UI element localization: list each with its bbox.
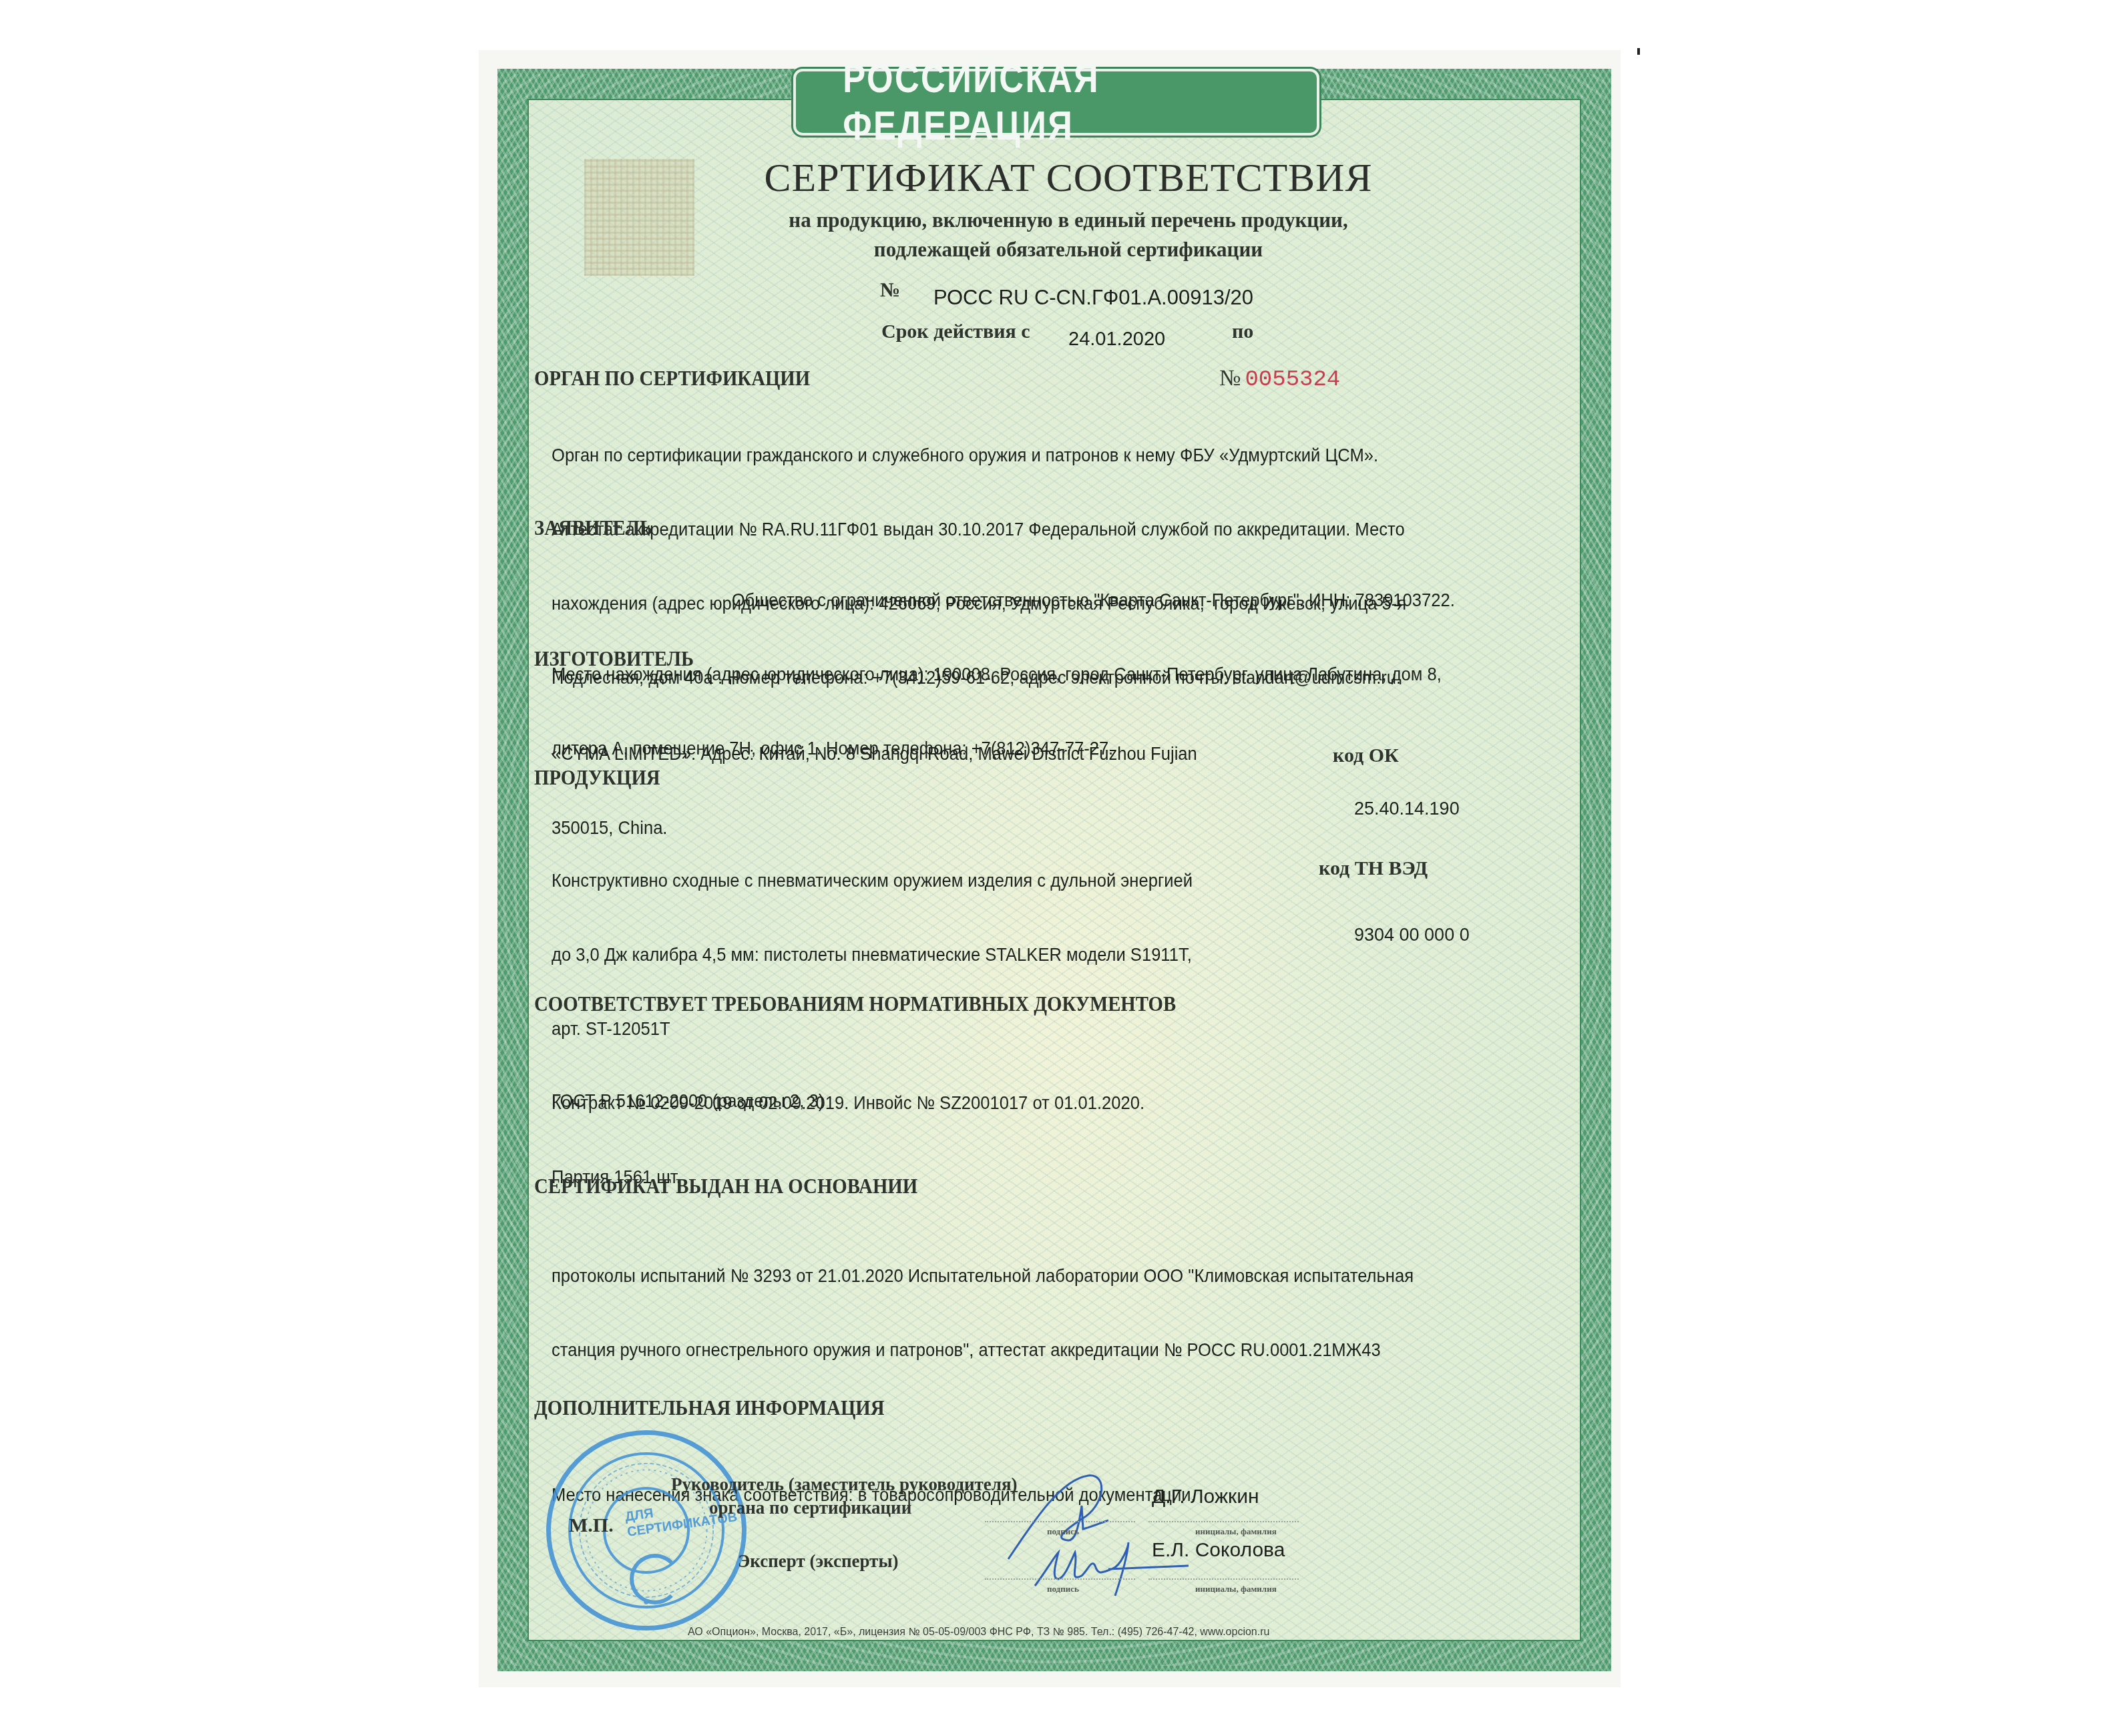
expert-name-line [1148,1578,1299,1580]
text-line: станция ручного огнестрельного оружия и … [552,1337,1414,1362]
section-heading-conformity: СООТВЕТСТВУЕТ ТРЕБОВАНИЯМ НОРМАТИВНЫХ ДО… [534,992,1176,1016]
section-heading-certification-body: ОРГАН ПО СЕРТИФИКАЦИИ [534,366,810,391]
certificate-subtitle-line2: подлежащей обязательной сертификации [734,238,1402,262]
text-line: протоколы испытаний № 3293 от 21.01.2020… [552,1263,1414,1288]
expert-signature-line [985,1578,1135,1580]
expert-role: Эксперт (эксперты) [738,1551,898,1572]
text-line: арт. ST-12051T [552,1016,1193,1041]
number-label: № [880,279,900,302]
text-line: Общество с ограниченной ответственностью… [552,588,1455,612]
expert-name: Е.Л. Соколова [1152,1539,1285,1562]
basis-text: протоколы испытаний № 3293 от 21.01.2020… [552,1214,1414,1387]
certificate-subtitle-line1: на продукцию, включенную в единый перече… [734,208,1402,232]
section-heading-additional: ДОПОЛНИТЕЛЬНАЯ ИНФОРМАЦИЯ [534,1395,885,1420]
ok-code-value: 25.40.14.190 [1354,799,1460,819]
blank-serial: №0055324 [1219,366,1340,393]
scan-artifact [1637,48,1640,55]
head-signature-line [985,1521,1135,1522]
text-line: Орган по сертификации гражданского и слу… [552,443,1406,467]
conformity-text: ГОСТ Р 51612-2000 (разделы 2, 3) [552,1039,824,1138]
seal-emblem-icon [630,1554,680,1604]
text-line: ГОСТ Р 51612-2000 (разделы 2, 3) [552,1088,824,1113]
text-line: «CYMA LIMITED». Адрес: Китай, No. 8 Shan… [552,741,1197,766]
product-text: Конструктивно сходные с пневматическим о… [552,819,1193,1214]
text-line: Конструктивно сходные с пневматическим о… [552,868,1193,893]
head-role-line1: Руководитель (заместитель руководителя) [671,1474,1018,1495]
certificate-number: РОСС RU С-CN.ГФ01.А.00913/20 [933,286,1253,310]
head-role-line2: органа по сертификации [709,1498,911,1518]
section-heading-basis: СЕРТИФИКАТ ВЫДАН НА ОСНОВАНИИ [534,1174,917,1199]
head-name-line [1148,1521,1299,1522]
head-name-caption: инициалы, фамилия [1195,1526,1277,1537]
expert-signature-caption: подпись [1047,1584,1079,1594]
country-banner-text: РОССИЙСКАЯ ФЕДЕРАЦИЯ [843,55,1270,150]
head-signature-caption: подпись [1047,1526,1079,1537]
printer-info: АО «Опцион», Москва, 2017, «Б», лицензия… [688,1626,1269,1639]
head-name: Д.Г. Ложкин [1152,1486,1259,1508]
certificate-title: СЕРТИФИКАТ СООТВЕТСТВИЯ [734,155,1402,201]
section-heading-applicant: ЗАЯВИТЕЛЬ [534,515,652,540]
tn-ved-code-label: код ТН ВЭД [1319,857,1428,880]
ok-code-label: код ОК [1333,744,1399,767]
section-heading-manufacturer: ИЗГОТОВИТЕЛЬ [534,646,694,671]
stamp-place-label: М.П. [569,1514,614,1537]
validity-to-label: по [1232,320,1253,343]
hologram-patch [584,159,694,276]
text-line: до 3,0 Дж калибра 4,5 мм: пистолеты пнев… [552,942,1193,967]
blank-serial-label: № [1219,366,1241,391]
blank-serial-number: 0055324 [1245,367,1340,393]
validity-from-date: 24.01.2020 [1068,329,1165,351]
tn-ved-code-value: 9304 00 000 0 [1354,925,1470,945]
expert-name-caption: инициалы, фамилия [1195,1584,1277,1594]
section-heading-product: ПРОДУКЦИЯ [534,765,660,790]
validity-from-label: Срок действия с [881,320,1030,343]
country-banner: РОССИЙСКАЯ ФЕДЕРАЦИЯ [793,69,1319,136]
